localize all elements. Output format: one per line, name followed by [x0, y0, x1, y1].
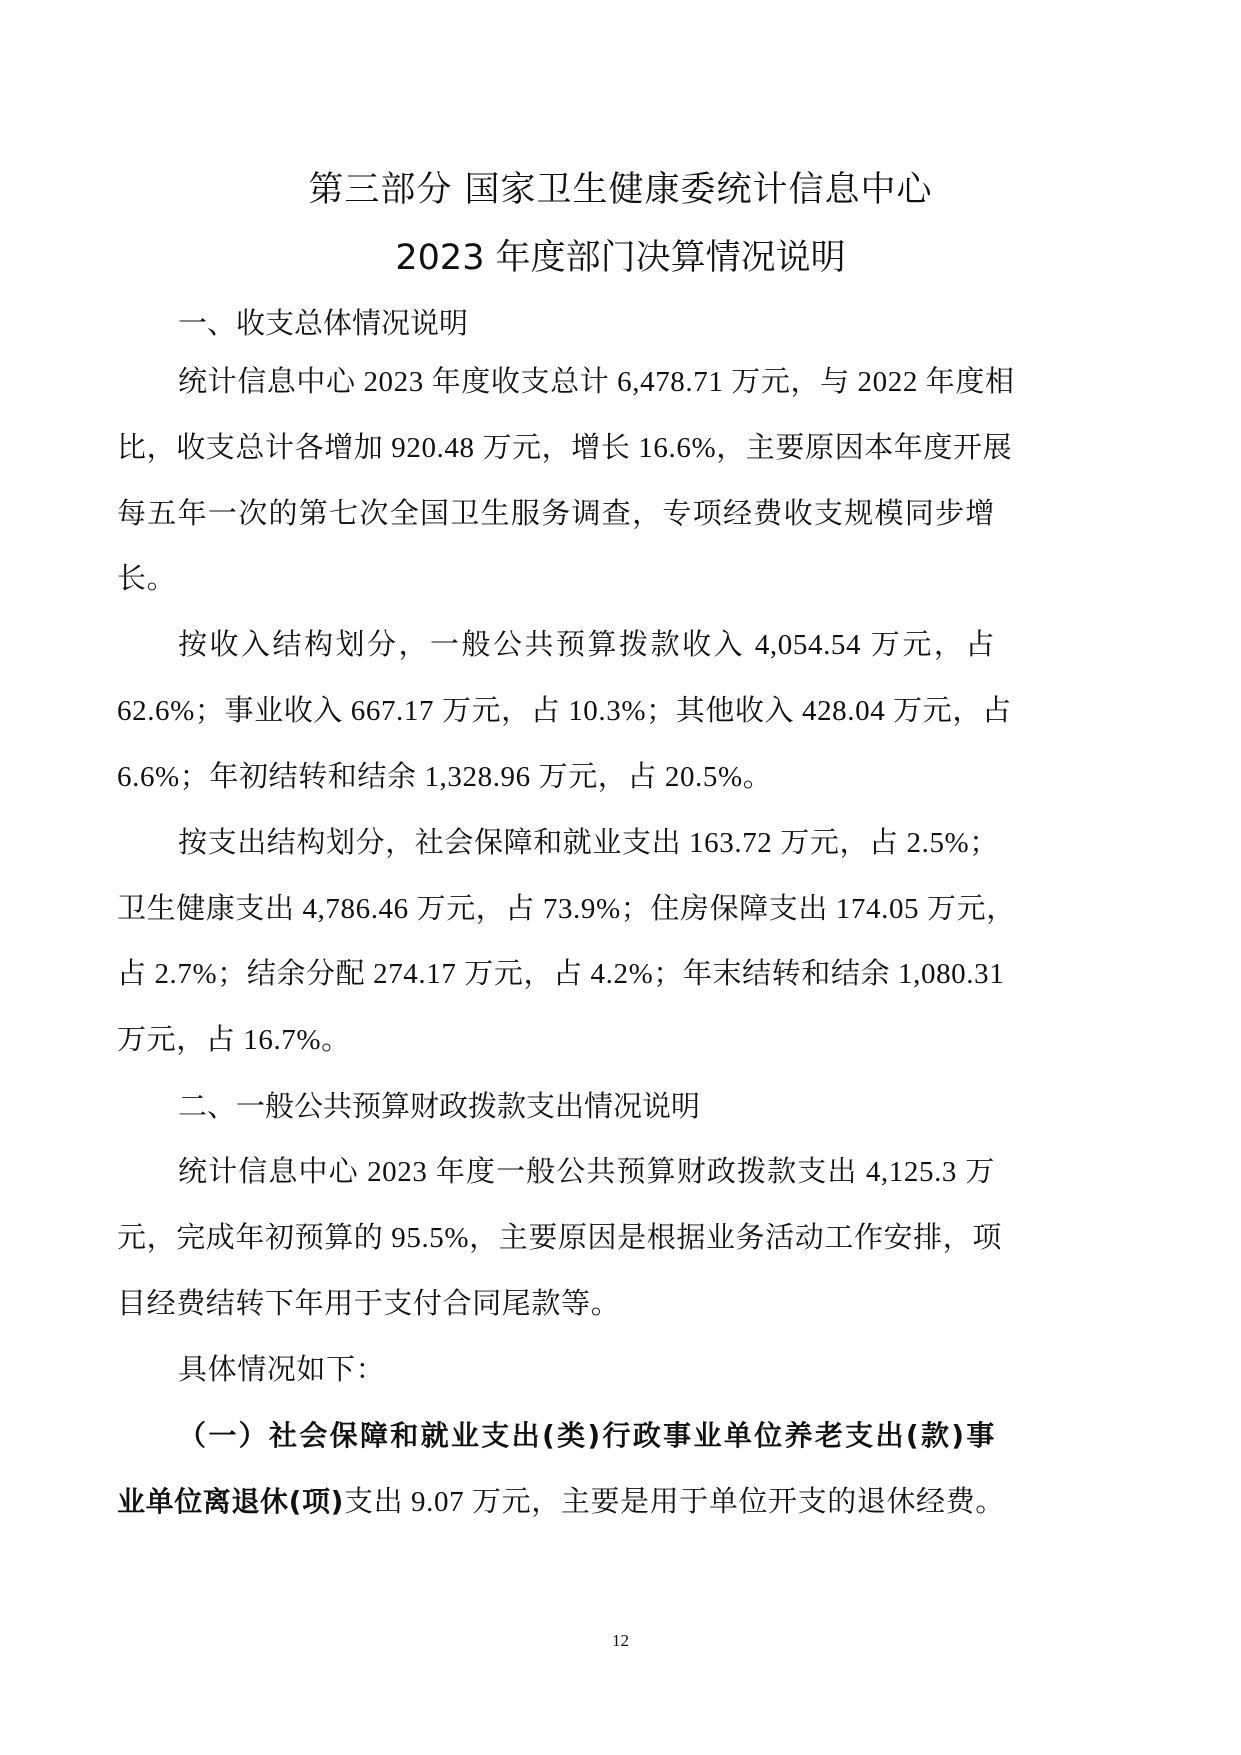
item-1-line-2: 业单位离退休(项)支出 9.07 万元，主要是用于单位开支的退休经费。 [117, 1480, 995, 1524]
section-2-heading: 二、一般公共预算财政拨款支出情况说明 [178, 1086, 700, 1126]
section-1-para-1-line-2: 比，收支总计各增加 920.48 万元，增长 16.6%，主要原因本年度开展 [117, 426, 995, 470]
section-1-para-1-line-3: 每五年一次的第七次全国卫生服务调查，专项经费收支规模同步增 [117, 492, 995, 536]
section-1-para-3-line-3: 占 2.7%；结余分配 274.17 万元，占 4.2%；年末结转和结余 1,0… [117, 952, 995, 996]
section-1-para-2-line-3: 6.6%；年初结转和结余 1,328.96 万元，占 20.5%。 [117, 755, 995, 799]
section-1-para-3-line-1: 按支出结构划分，社会保障和就业支出 163.72 万元，占 2.5%； [178, 821, 995, 865]
section-1-para-3-line-2: 卫生健康支出 4,786.46 万元，占 73.9%；住房保障支出 174.05… [117, 887, 995, 931]
item-1-text: 支出 9.07 万元，主要是用于单位开支的退休经费。 [344, 1486, 1005, 1518]
section-1-heading: 一、收支总体情况说明 [178, 303, 468, 343]
section-2-para-1-line-2: 元，完成年初预算的 95.5%，主要原因是根据业务活动工作安排，项 [117, 1216, 995, 1260]
section-1-para-2-line-2: 62.6%；事业收入 667.17 万元，占 10.3%；其他收入 428.04… [117, 689, 995, 733]
section-1-para-3-line-4: 万元，占 16.7%。 [117, 1018, 995, 1062]
document-title-line-2: 2023 年度部门决算情况说明 [0, 236, 1241, 280]
document-title-line-1: 第三部分 国家卫生健康委统计信息中心 [0, 168, 1241, 212]
section-2-para-2-line-1: 具体情况如下： [178, 1348, 995, 1392]
section-2-para-1-line-3: 目经费结转下年用于支付合同尾款等。 [117, 1282, 995, 1326]
document-page: 第三部分 国家卫生健康委统计信息中心 2023 年度部门决算情况说明 一、收支总… [0, 0, 1241, 1755]
section-2-para-1-line-1: 统计信息中心 2023 年度一般公共预算财政拨款支出 4,125.3 万 [178, 1150, 995, 1194]
item-1-bold-label: 业单位离退休(项) [117, 1485, 344, 1518]
item-1-heading-line: （一）社会保障和就业支出(类)行政事业单位养老支出(款)事 [178, 1414, 995, 1458]
section-1-para-1-line-1: 统计信息中心 2023 年度收支总计 6,478.71 万元，与 2022 年度… [178, 360, 995, 404]
section-1-para-2-line-1: 按收入结构划分，一般公共预算拨款收入 4,054.54 万元，占 [178, 623, 995, 667]
page-number: 12 [0, 1631, 1241, 1651]
section-1-para-1-line-4: 长。 [117, 557, 995, 601]
